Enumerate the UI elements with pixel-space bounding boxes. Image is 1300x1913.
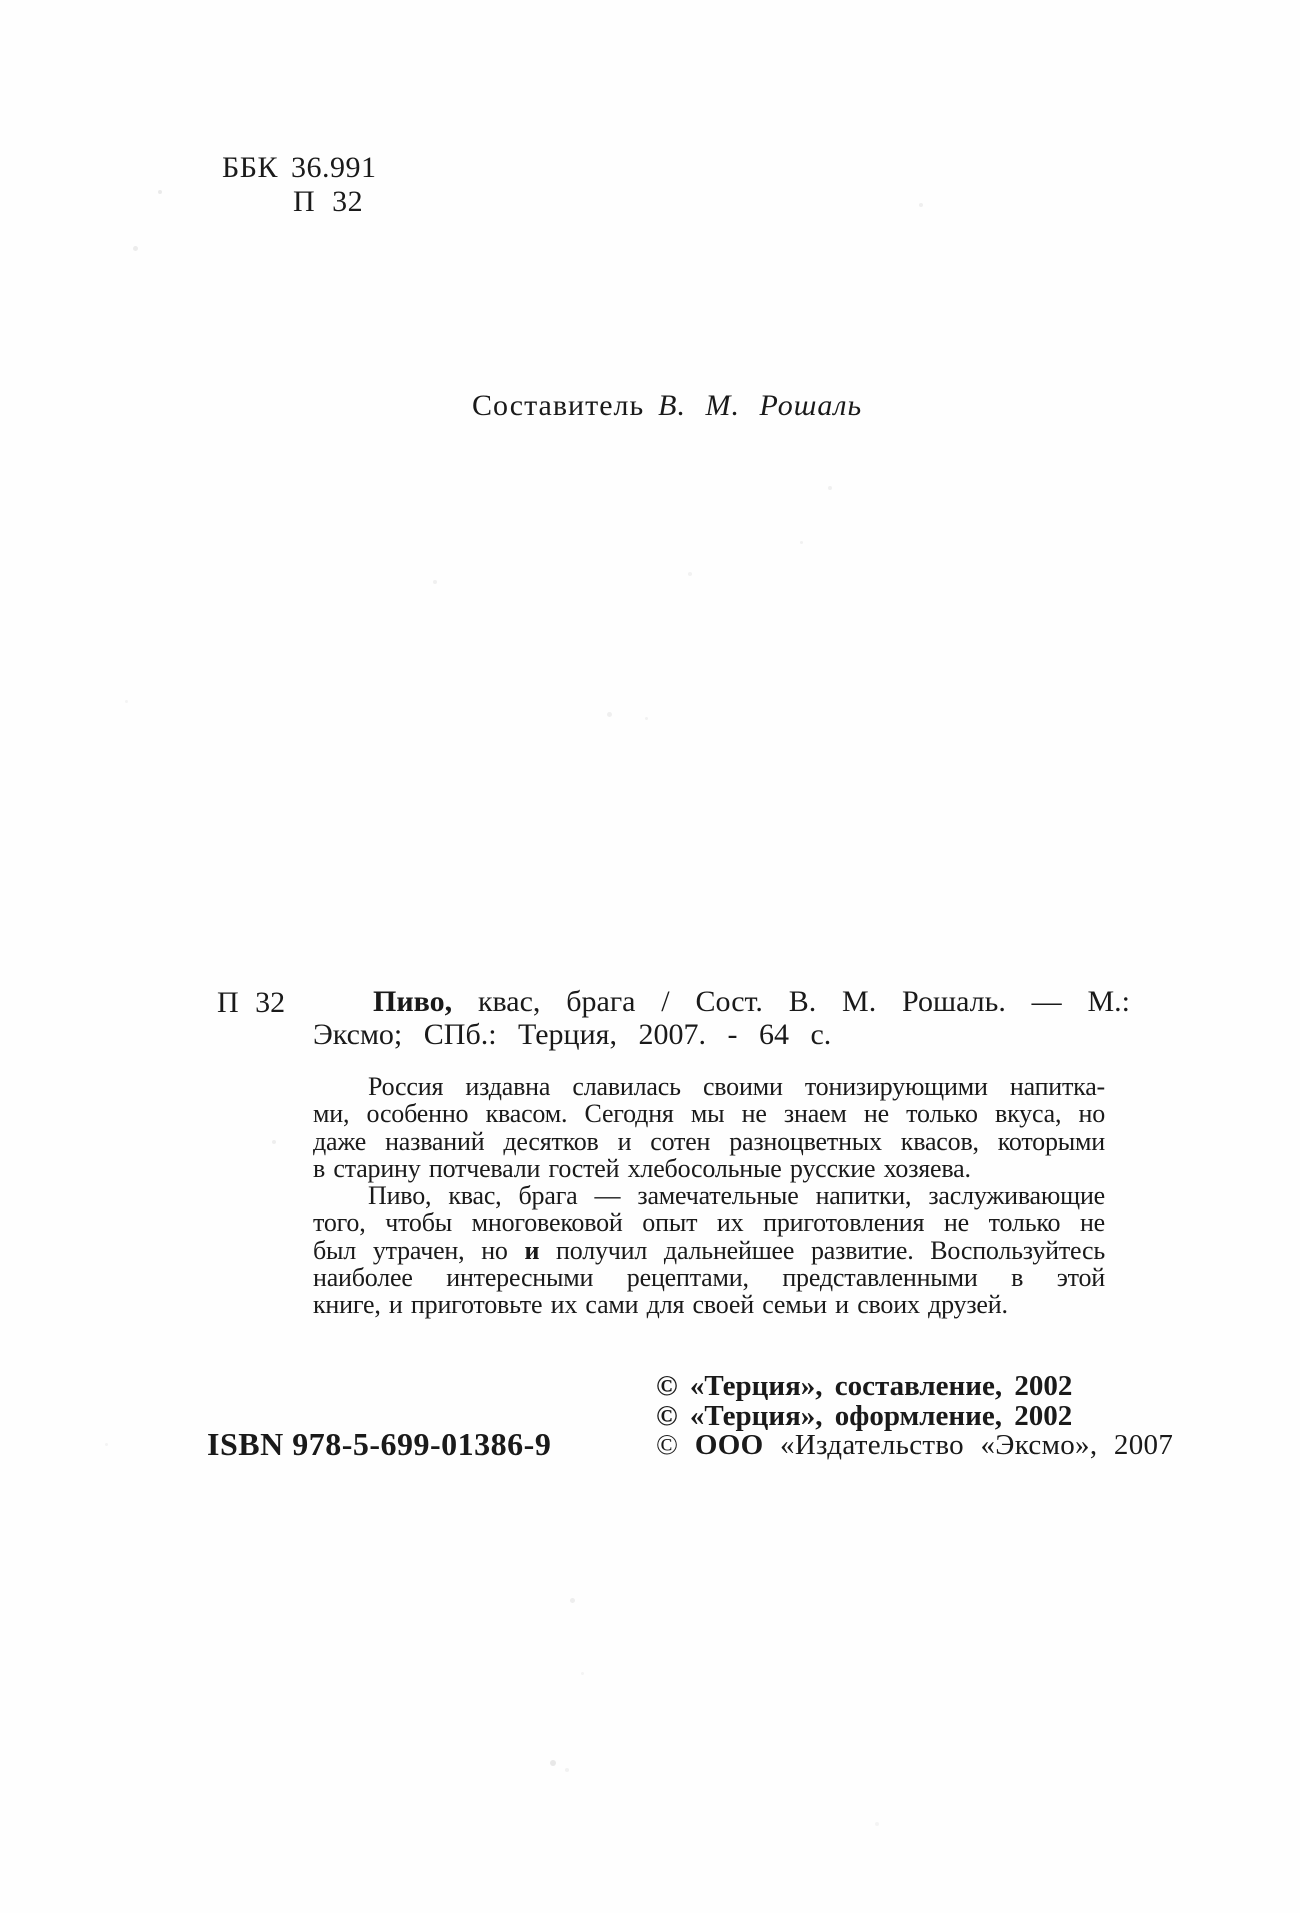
scan-speck: [688, 572, 692, 576]
scan-speck: [565, 1768, 569, 1772]
annotation-line: того, чтобы многовековой опыт их пригото…: [313, 1209, 1105, 1236]
book-imprint-page: ББК 36.991 П 32 СоставительВ. М. Рошаль …: [0, 0, 1300, 1913]
compiler-name: В. М. Рошаль: [658, 389, 862, 422]
catalog-author-sign: П 32: [217, 986, 285, 1020]
compiler-line: СоставительВ. М. Рошаль: [472, 389, 862, 423]
bbk-classification: ББК 36.991 П 32: [222, 151, 376, 219]
annotation-line: в старину потчевали гостей хлебосольные …: [313, 1155, 1105, 1182]
catalog-entry-rest: квас, брага / Сост. В. М. Рошаль. — М.:: [452, 985, 1130, 1018]
scan-speck: [607, 712, 612, 717]
catalog-entry-line2: Эксмо; СПб.: Терция, 2007. - 64 с.: [313, 1019, 1130, 1052]
scan-speck: [645, 717, 648, 720]
annotation-line: Пиво, квас, брага — замечательные напитк…: [313, 1182, 1105, 1209]
scan-speck: [158, 190, 162, 194]
annotation-line: ми, особенно квасом. Сегодня мы не знаем…: [313, 1100, 1105, 1127]
scan-speck: [875, 1822, 879, 1826]
scan-speck: [800, 541, 803, 544]
scan-speck: [125, 700, 128, 703]
scan-speck: [570, 1598, 575, 1603]
catalog-entry-line1: Пиво, квас, брага / Сост. В. М. Рошаль. …: [313, 986, 1130, 1019]
annotation-line: книге, и приготовьте их сами для своей с…: [313, 1291, 1105, 1318]
annotation-line: Россия издавна славилась своими тонизиру…: [313, 1073, 1105, 1100]
scan-speck: [581, 1672, 584, 1675]
scan-speck: [272, 1140, 276, 1144]
annotation-line: даже названий десятков и сотен разноцвет…: [313, 1128, 1105, 1155]
scan-speck: [133, 246, 138, 251]
compiler-label: Составитель: [472, 389, 644, 422]
scan-speck: [550, 1760, 556, 1766]
bbk-code: ББК 36.991: [222, 151, 376, 185]
annotation-block: Россия издавна славилась своими тонизиру…: [313, 1073, 1105, 1319]
isbn: ISBN 978-5-699-01386-9: [207, 1426, 551, 1463]
scan-speck: [919, 203, 923, 207]
scan-speck: [828, 486, 832, 490]
copyright-block: © «Терция», составление, 2002© «Терция»,…: [656, 1372, 1173, 1461]
annotation-line: был утрачен, но и получил дальнейшее раз…: [313, 1237, 1105, 1264]
catalog-entry: Пиво, квас, брага / Сост. В. М. Рошаль. …: [313, 986, 1130, 1051]
copyright-line: © «Терция», составление, 2002: [656, 1372, 1173, 1402]
copyright-line: © ООО «Издательство «Эксмо», 2007: [656, 1431, 1173, 1461]
book-title: Пиво,: [373, 985, 452, 1018]
scan-speck: [105, 1443, 108, 1446]
author-sign: П 32: [293, 185, 376, 219]
annotation-line: наиболее интересными рецептами, представ…: [313, 1264, 1105, 1291]
copyright-line: © «Терция», оформление, 2002: [656, 1402, 1173, 1432]
scan-speck: [433, 580, 437, 584]
